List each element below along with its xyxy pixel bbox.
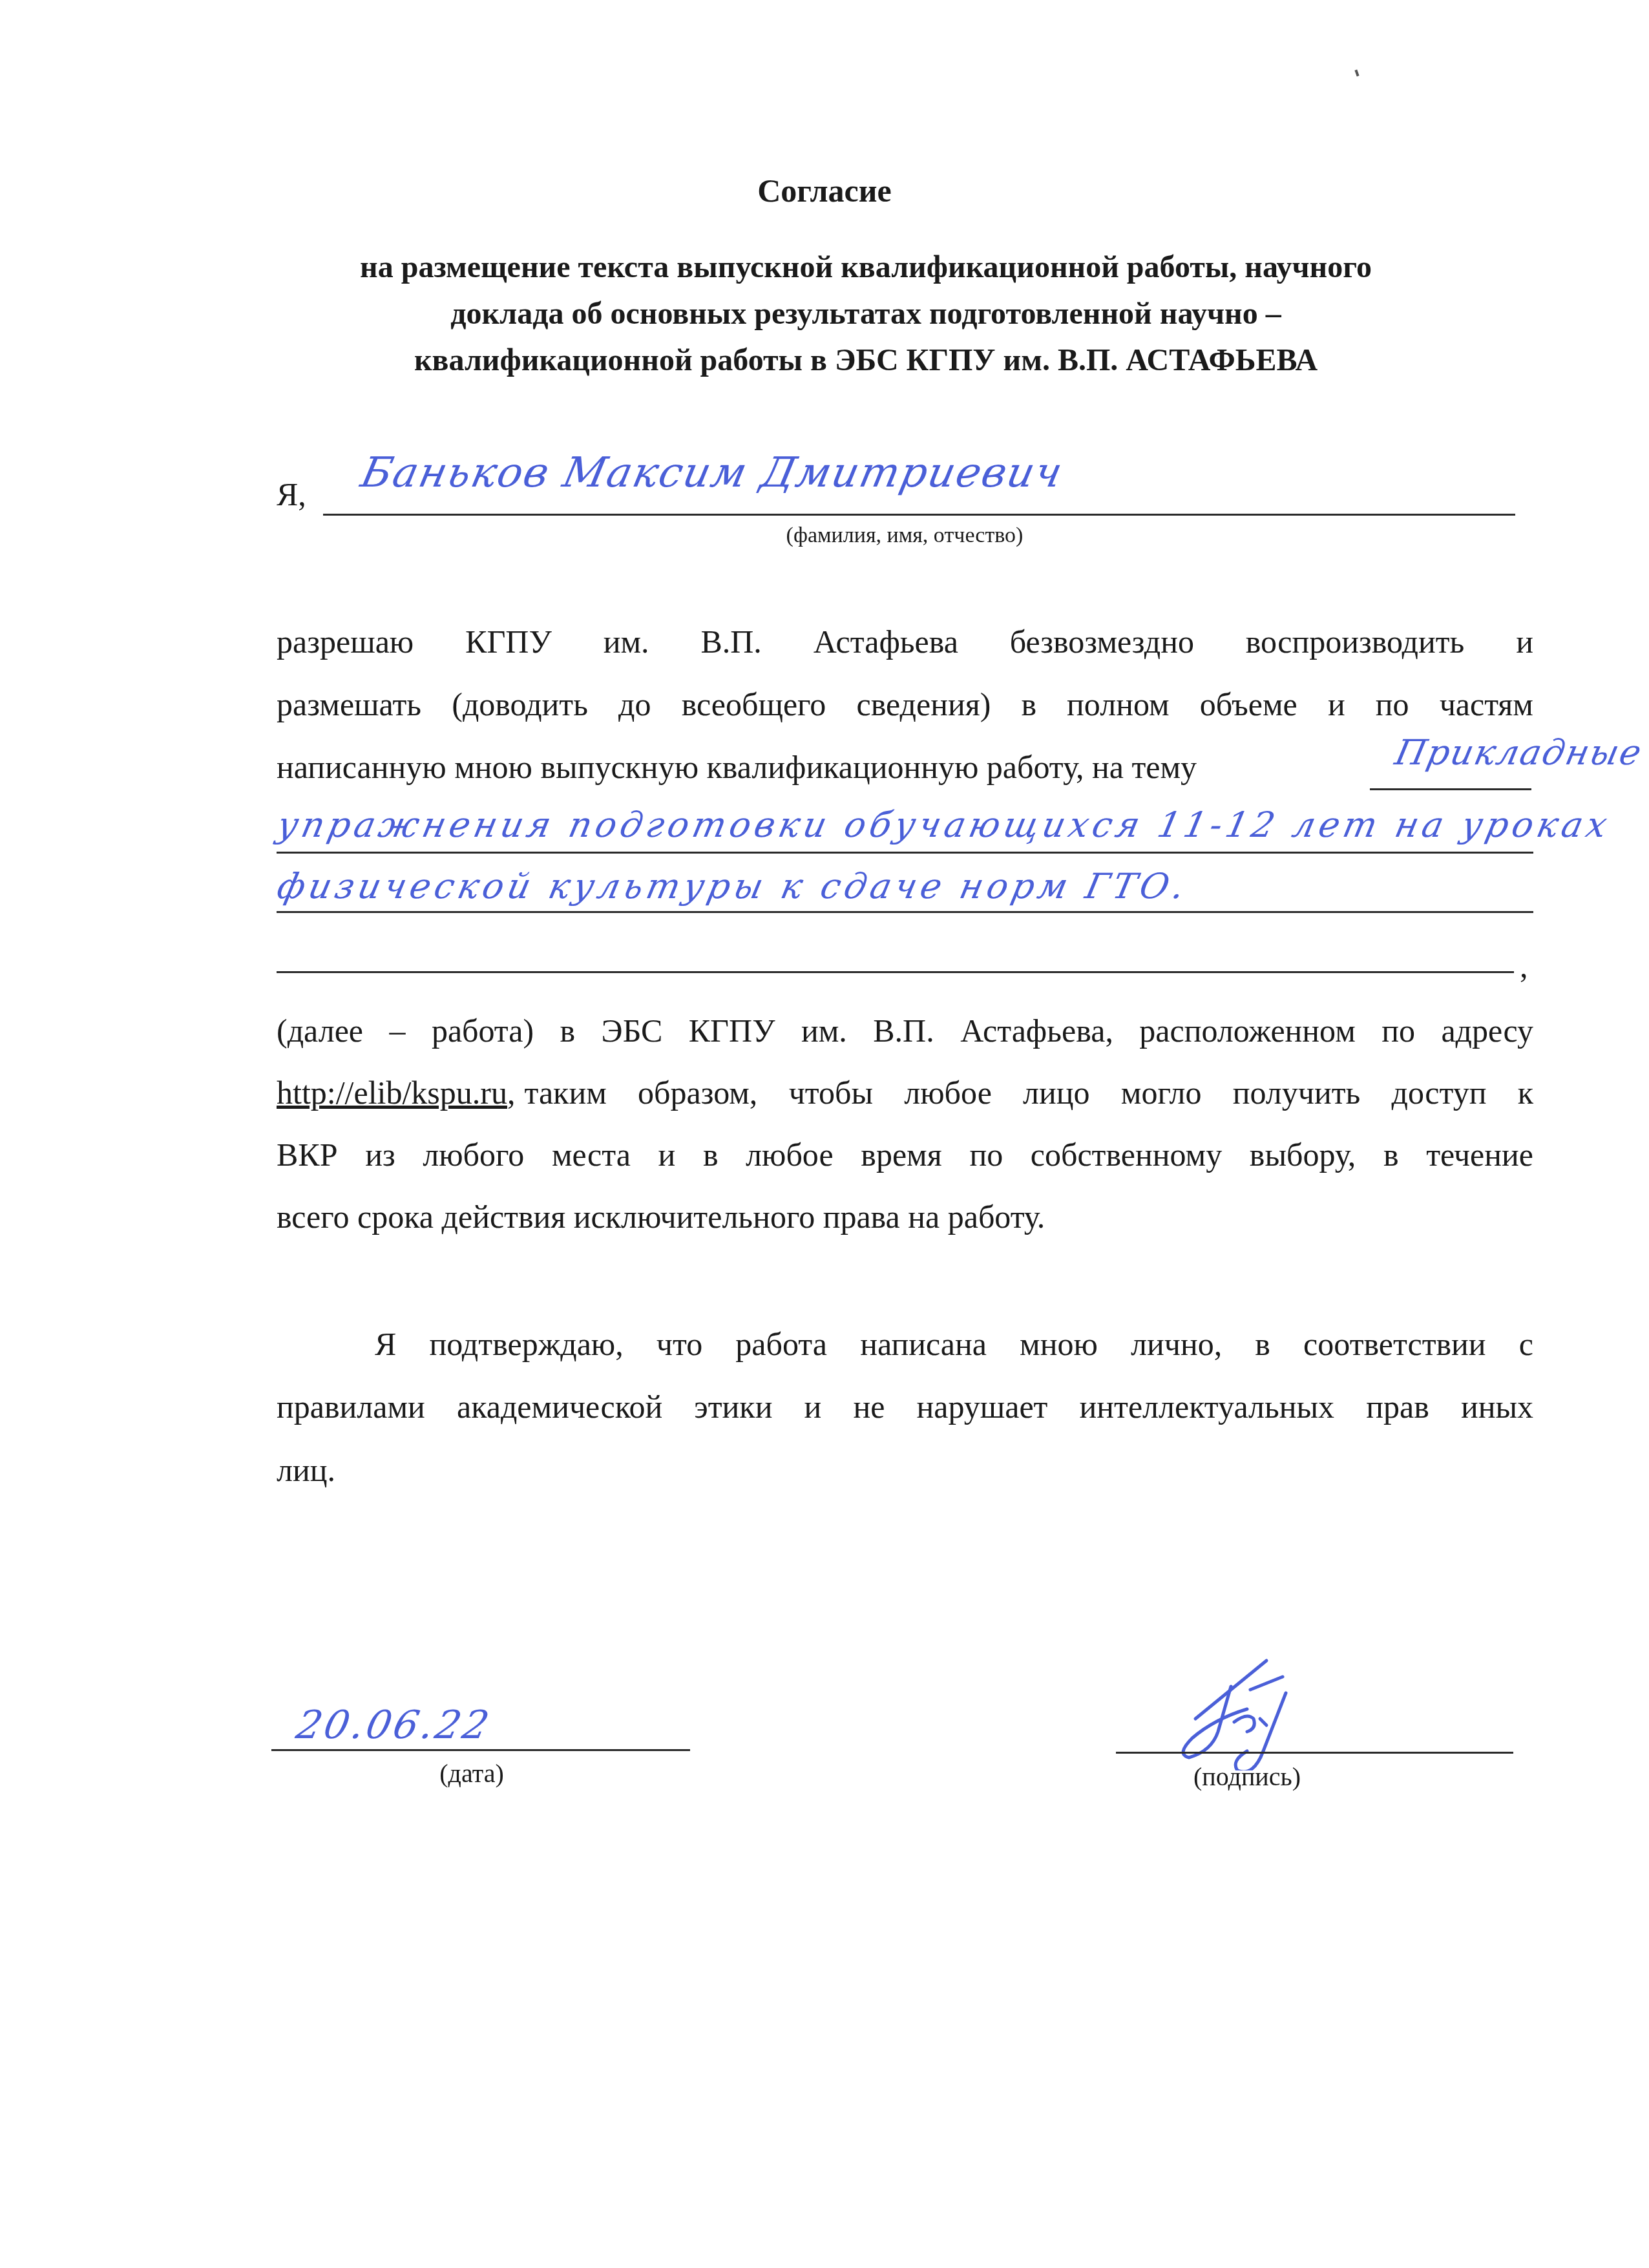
signature-field-underline xyxy=(1116,1752,1513,1754)
consent-form-page: Согласие на размещение текста выпускной … xyxy=(0,0,1649,2268)
document-subtitle: на размещение текста выпускной квалифика… xyxy=(246,244,1486,384)
name-field-value[interactable]: Баньков Максим Дмитриевич xyxy=(357,452,1067,494)
placement-line-2-text: таким образом, чтобы любое лицо могло по… xyxy=(524,1076,1533,1109)
signature-field-caption: (подпись) xyxy=(1163,1764,1331,1790)
name-prefix: Я, xyxy=(277,478,306,510)
confirmation-line-2: правилами академической этики и не наруш… xyxy=(277,1391,1533,1423)
url-suffix: , xyxy=(507,1075,516,1111)
topic-field-value-line-2[interactable]: упражнения подготовки обучающихся 11-12 … xyxy=(274,808,1614,843)
subtitle-line: доклада об основных результатах подготов… xyxy=(246,291,1486,337)
topic-field-value-line-3[interactable]: физической культуры к сдаче норм ГТО. xyxy=(274,869,1191,904)
topic-underline-4 xyxy=(277,971,1514,973)
document-title: Согласие xyxy=(0,174,1649,207)
date-field-caption: (дата) xyxy=(375,1761,569,1787)
placement-line-3: ВКР из любого места и в любое время по с… xyxy=(277,1139,1533,1171)
permission-line-1: разрешаю КГПУ им. В.П. Астафьева безвозм… xyxy=(277,625,1533,658)
permission-line-3: написанную мною выпускную квалификационн… xyxy=(277,751,1197,783)
handwritten-signature-icon[interactable] xyxy=(1157,1641,1325,1770)
elib-url-link[interactable]: http://elib/kspu.ru xyxy=(277,1075,507,1111)
subtitle-line: квалификационной работы в ЭБС КГПУ им. В… xyxy=(246,337,1486,384)
placement-line-2: http://elib/kspu.ru, таким образом, чтоб… xyxy=(277,1076,1533,1109)
confirmation-line-1: Я подтверждаю, что работа написана мною … xyxy=(375,1328,1533,1360)
date-field-underline xyxy=(271,1749,690,1751)
topic-underline-3 xyxy=(277,911,1533,913)
name-field-caption: (фамилия, имя, отчество) xyxy=(711,525,1098,547)
date-field-value[interactable]: 20.06.22 xyxy=(293,1706,495,1745)
topic-field-value-line-1[interactable]: Прикладные xyxy=(1392,735,1645,770)
permission-line-2: размешать (доводить до всеобщего сведени… xyxy=(277,688,1533,720)
topic-underline-2 xyxy=(277,852,1533,854)
confirmation-line-3: лиц. xyxy=(277,1454,335,1486)
topic-line-comma: , xyxy=(1520,950,1528,982)
topic-underline-1 xyxy=(1370,788,1531,790)
scan-speck xyxy=(1354,70,1359,77)
placement-line-1: (далее – работа) в ЭБС КГПУ им. В.П. Аст… xyxy=(277,1014,1533,1047)
name-field-underline xyxy=(323,514,1515,516)
subtitle-line: на размещение текста выпускной квалифика… xyxy=(246,244,1486,291)
placement-line-4: всего срока действия исключительного пра… xyxy=(277,1201,1045,1233)
